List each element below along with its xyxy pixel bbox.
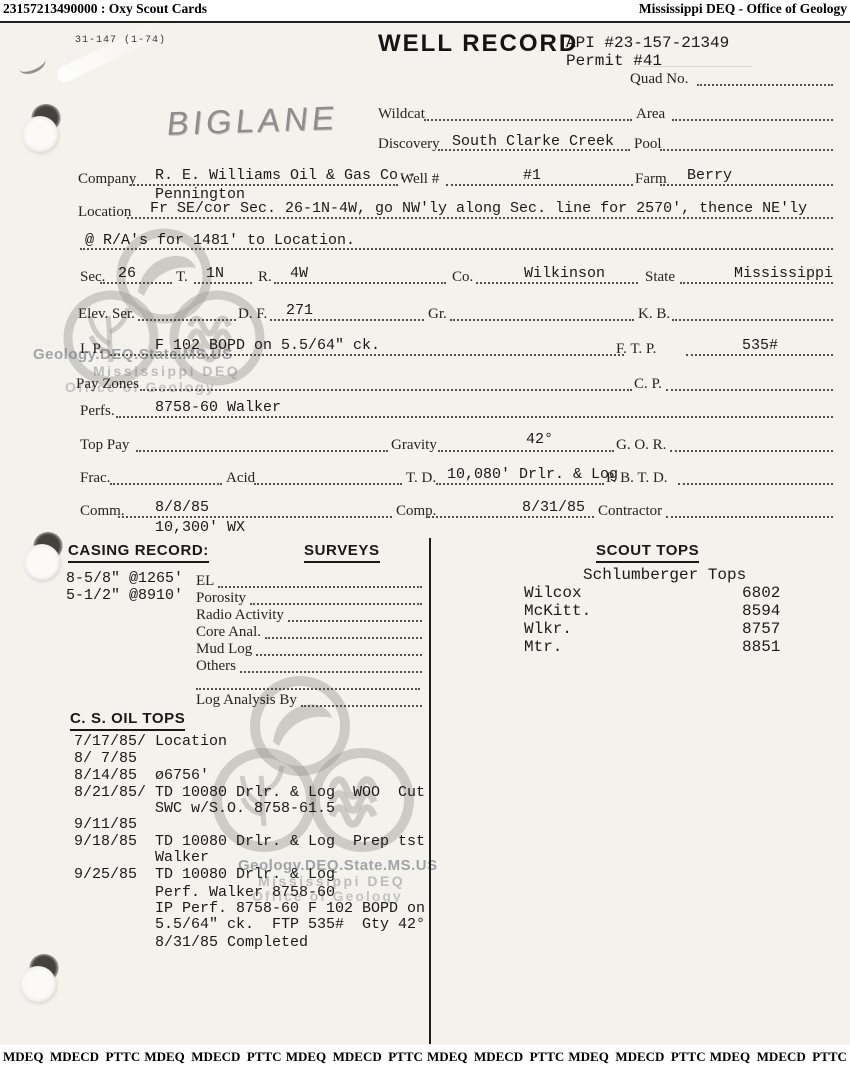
pool-label: Pool: [634, 136, 662, 153]
dotted-rule: [680, 282, 833, 284]
kb-label: K. B.: [638, 306, 670, 323]
survey-row: Porosity: [196, 590, 422, 607]
discovery-label: Discovery: [378, 136, 440, 153]
dotted-rule: [138, 319, 236, 321]
dotted-rule: [424, 119, 632, 121]
ip-label: I. P.: [80, 341, 103, 358]
scout-top-name: McKitt.: [524, 602, 591, 620]
oil-tops-note: Walker: [155, 849, 209, 866]
dotted-rule: [476, 282, 638, 284]
dotted-rule: [110, 354, 624, 356]
dotted-rule: [697, 84, 833, 86]
casing-record-header: CASING RECORD:: [68, 542, 209, 563]
oil-tops-note: SWC w/S.O. 8758-61.5: [155, 800, 335, 817]
document-id: 23157213490000 : Oxy Scout Cards: [3, 1, 207, 17]
dotted-rule: [288, 620, 422, 622]
comm-value: 8/8/85: [155, 499, 209, 516]
df-label: D. F.: [238, 306, 267, 323]
dotted-rule: [250, 603, 422, 605]
dotted-rule: [127, 217, 833, 219]
permit-number: Permit #41: [566, 52, 662, 70]
df-value: 271: [286, 302, 313, 319]
casing-row: 5-1/2" @8910': [66, 587, 183, 604]
section-value: 26: [118, 265, 136, 282]
surveys-header: SURVEYS: [304, 542, 380, 563]
oil-tops-note: TD 10080 Drlr. & Log Prep tst: [155, 833, 425, 850]
comp-value: 8/31/85: [522, 499, 585, 516]
survey-row: Core Anal.: [196, 624, 422, 641]
gravity-label: Gravity: [391, 437, 437, 454]
api-number: API #23-157-21349: [566, 34, 729, 52]
survey-row: EL: [196, 573, 422, 590]
dotted-rule: [438, 149, 630, 151]
dotted-rule: [274, 282, 446, 284]
discovery-value: South Clarke Creek: [452, 133, 614, 150]
footer-org-sequence: MDEQ MDECD PTTC: [710, 1049, 847, 1065]
well-number-label: Well #: [400, 171, 439, 188]
dotted-rule: [660, 184, 833, 186]
range-value: 4W: [290, 265, 308, 282]
oil-tops-date: 8/14/85: [74, 767, 137, 784]
ftp-label: F. T. P.: [616, 341, 656, 358]
dotted-rule: [666, 516, 833, 518]
cp-label: C. P.: [634, 376, 662, 393]
pbtd-label: P. B. T. D.: [606, 470, 668, 487]
survey-row: Log Analysis By: [196, 692, 422, 709]
cs-oil-tops-header: C. S. OIL TOPS: [70, 710, 185, 731]
casing-row: 8-5/8" @1265': [66, 570, 183, 587]
scout-top-name: Wilcox: [524, 584, 582, 602]
ftp-value: 535#: [742, 337, 778, 354]
dotted-rule: [270, 319, 424, 321]
acid-label: Acid: [226, 470, 255, 487]
wildcat-label: Wildcat: [378, 106, 425, 123]
survey-row: Mud Log: [196, 641, 422, 658]
top-pay-label: Top Pay: [80, 437, 129, 454]
footer-org-sequence: MDEQ MDECD PTTC: [568, 1049, 705, 1065]
dotted-rule: [438, 450, 614, 452]
dotted-rule: [240, 671, 422, 673]
perfs-label: Perfs.: [80, 403, 115, 420]
county-label: Co.: [452, 269, 473, 286]
oil-tops-date: 9/11/85: [74, 816, 137, 833]
range-label: R.: [258, 269, 272, 286]
dotted-rule: [110, 483, 222, 485]
hole-punch: [22, 104, 66, 160]
county-value: Wilkinson: [524, 265, 605, 282]
scout-top-name: Mtr.: [524, 638, 562, 656]
elev-ser-label: Elev. Ser.: [78, 306, 135, 323]
survey-label: Others: [196, 658, 240, 675]
survey-label: EL: [196, 573, 218, 590]
survey-row: Radio Activity: [196, 607, 422, 624]
township-value: 1N: [206, 265, 224, 282]
leaf-swoosh-glyph: [273, 705, 332, 747]
dotted-rule: [670, 450, 833, 452]
td-label: T. D.: [406, 470, 436, 487]
footer-org-sequence: MDEQ MDECD PTTC: [144, 1049, 281, 1065]
scout-top-name: Wlkr.: [524, 620, 572, 638]
footer-org-sequence: MDEQ MDECD PTTC: [427, 1049, 564, 1065]
oil-tops-date: 9/18/85: [74, 833, 137, 850]
dotted-rule: [265, 637, 422, 639]
dotted-rule: [446, 184, 633, 186]
oil-tops-note: TD 10080 Drlr. & Log: [155, 866, 335, 883]
form-number: 31-147 (1-74): [75, 35, 166, 46]
oil-tops-date: 7/17/85/: [74, 733, 146, 750]
dotted-rule: [100, 282, 172, 284]
survey-label: Radio Activity: [196, 607, 288, 624]
ip-value: F 102 BOPD on 5.5/64" ck.: [155, 337, 380, 354]
dotted-rule: [672, 119, 833, 121]
oil-tops-note: Location: [155, 733, 227, 750]
scout-top-depth: 8757: [742, 620, 780, 638]
oil-tops-note: ø6756': [155, 767, 209, 784]
faint-rule: [640, 66, 752, 67]
quad-no-label: Quad No.: [630, 71, 688, 88]
farm-value: Berry: [687, 167, 732, 184]
gravity-value: 42°: [526, 431, 553, 448]
oil-tops-date: 8/ 7/85: [74, 750, 137, 767]
oil-tops-note: Perf. Walker 8758-60: [155, 884, 335, 901]
well-number-value: #1: [523, 167, 541, 184]
survey-row: Others: [196, 658, 422, 675]
dotted-rule: [436, 483, 604, 485]
dotted-rule: [428, 516, 594, 518]
survey-label: Porosity: [196, 590, 250, 607]
oil-tops-note: 8/31/85 Completed: [155, 934, 308, 951]
company-label: Company: [78, 171, 136, 188]
dotted-rule: [118, 516, 392, 518]
survey-label: Mud Log: [196, 641, 256, 658]
footer-bar: MDEQ MDECD PTTC MDEQ MDECD PTTC MDEQ MDE…: [0, 1046, 850, 1067]
dotted-rule: [218, 586, 422, 588]
scout-top-depth: 8594: [742, 602, 780, 620]
hole-punch: [24, 532, 68, 588]
dotted-rule: [194, 282, 252, 284]
oil-tops-date: 8/21/85/: [74, 784, 146, 801]
survey-label: Core Anal.: [196, 624, 265, 641]
oil-tops-note: 5.5/64" ck. FTP 535# Gty 42°: [155, 916, 425, 933]
location-value-line2: @ R/A's for 1481' to Location.: [85, 232, 355, 249]
dotted-rule: [136, 450, 388, 452]
dotted-rule: [686, 354, 833, 356]
pay-zones-label: Pay Zones: [76, 376, 139, 393]
perfs-value: 8758-60 Walker: [155, 399, 281, 416]
dotted-rule: [254, 483, 402, 485]
area-label: Area: [636, 106, 665, 123]
location-label: Location: [78, 204, 131, 221]
company-value: R. E. Williams Oil & Gas Co.-: [155, 167, 416, 184]
footer-org-sequence: MDEQ MDECD PTTC: [3, 1049, 140, 1065]
scout-card-page: 23157213490000 : Oxy Scout Cards Mississ…: [0, 0, 850, 1067]
gor-label: G. O. R.: [616, 437, 666, 454]
oil-tops-note: IP Perf. 8758-60 F 102 BOPD on: [155, 900, 425, 917]
dotted-rule: [450, 319, 634, 321]
scout-tops-subtitle: Schlumberger Tops: [583, 566, 746, 584]
frac-label: Frac.: [80, 470, 110, 487]
dotted-rule: [116, 416, 833, 418]
comm-value-line2: 10,300' WX: [155, 519, 245, 536]
agency-title: Mississippi DEQ - Office of Geology: [639, 1, 847, 17]
form-title: WELL RECORD: [378, 30, 578, 58]
dotted-rule: [660, 149, 833, 151]
contractor-label: Contractor: [598, 503, 662, 520]
state-value: Mississippi: [734, 265, 833, 282]
dotted-rule: [666, 389, 833, 391]
state-label: State: [645, 269, 675, 286]
oil-tops-date: 9/25/85: [74, 866, 137, 883]
td-value: 10,080' Drlr. & Log: [447, 466, 618, 483]
hole-punch: [20, 954, 64, 1010]
oil-tops-note: TD 10080 Drlr. & Log WOO Cut: [155, 784, 425, 801]
dotted-rule: [196, 688, 420, 690]
footer-org-sequence: MDEQ MDECD PTTC: [286, 1049, 423, 1065]
column-divider-line: [429, 538, 431, 1044]
gr-label: Gr.: [428, 306, 447, 323]
township-label: T.: [176, 269, 188, 286]
handwritten-name: BIGLANE: [165, 99, 340, 143]
scout-top-depth: 8851: [742, 638, 780, 656]
dotted-rule: [301, 705, 422, 707]
survey-label: Log Analysis By: [196, 692, 301, 709]
dotted-rule: [80, 248, 833, 250]
dotted-rule: [140, 389, 632, 391]
viewer-header-bar: 23157213490000 : Oxy Scout Cards Mississ…: [0, 0, 850, 19]
location-value: Fr SE/cor Sec. 26-1N-4W, go NW'ly along …: [150, 200, 807, 217]
scout-tops-header: SCOUT TOPS: [596, 542, 699, 563]
dotted-rule: [678, 483, 833, 485]
scout-top-depth: 6802: [742, 584, 780, 602]
dotted-rule: [256, 654, 422, 656]
dotted-rule: [672, 319, 833, 321]
